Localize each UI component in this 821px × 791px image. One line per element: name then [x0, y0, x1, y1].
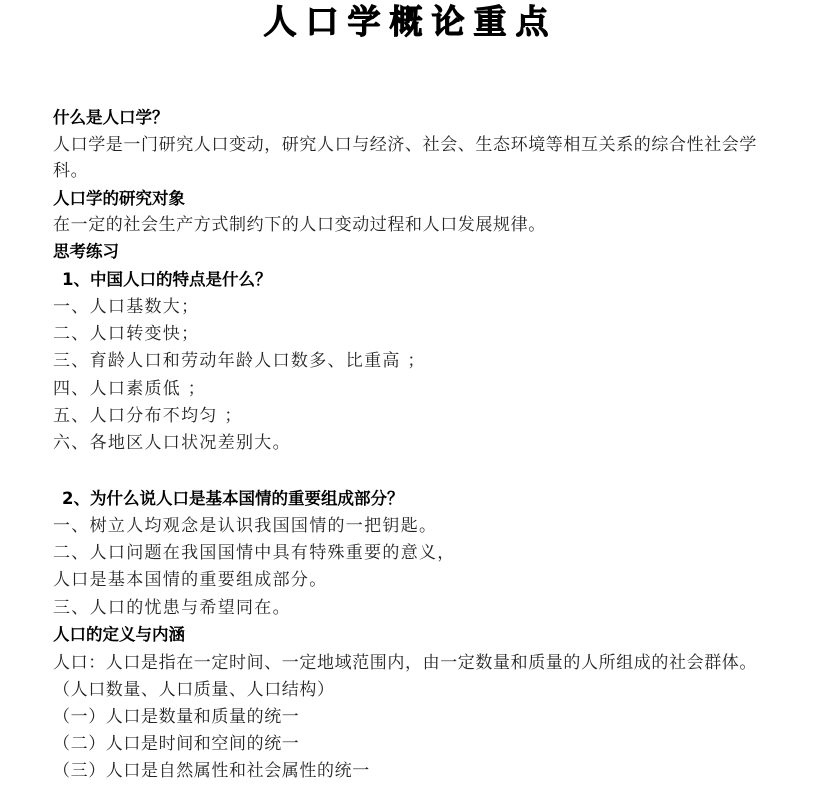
population-unity-2: （二）人口是时间和空间的统一	[53, 732, 299, 756]
question-1-answer-1: 一、人口基数大；	[53, 295, 199, 319]
question-2-answer-4: 三、人口的忧患与希望同在。	[53, 596, 291, 620]
question-2: 2、为什么说人口是基本国情的重要组成部分？	[62, 487, 403, 511]
section-heading-exercises: 思考练习	[53, 240, 119, 264]
question-1-answer-3: 三、育龄人口和劳动年龄人口数多、比重高 ；	[53, 349, 426, 373]
question-1-answer-4: 四、人口素质低 ；	[53, 377, 206, 401]
document-title: 人口学概论重点	[0, 2, 821, 42]
population-components: （人口数量、人口质量、人口结构）	[53, 678, 335, 702]
population-unity-3: （三）人口是自然属性和社会属性的统一	[53, 759, 370, 783]
definition-text-line-2: 科。	[53, 159, 88, 183]
population-unity-1: （一）人口是数量和质量的统一	[53, 705, 299, 729]
question-1-answer-2: 二、人口转变快；	[53, 322, 199, 346]
question-2-answer-2: 二、人口问题在我国国情中具有特殊重要的意义，	[53, 541, 456, 565]
question-1: 1、中国人口的特点是什么？	[62, 268, 271, 292]
section-heading-what-is-demography: 什么是人口学？	[53, 106, 169, 130]
question-1-answer-5: 五、人口分布不均匀 ；	[53, 404, 243, 428]
question-2-answer-1: 一、树立人均观念是认识我国国情的一把钥匙。	[53, 514, 437, 538]
definition-text-line-1: 人口学是一门研究人口变动，研究人口与经济、社会、生态环境等相互关系的综合性社会学	[53, 133, 757, 157]
section-heading-research-object: 人口学的研究对象	[53, 187, 185, 211]
document-page: 人口学概论重点 什么是人口学？ 人口学是一门研究人口变动，研究人口与经济、社会、…	[0, 0, 821, 791]
section-heading-population-definition: 人口的定义与内涵	[53, 623, 185, 647]
question-2-answer-3: 人口是基本国情的重要组成部分。	[53, 568, 328, 592]
population-definition-text: 人口：人口是指在一定时间、一定地域范围内，由一定数量和质量的人所组成的社会群体。	[53, 651, 757, 675]
question-1-answer-6: 六、各地区人口状况差别大。	[53, 431, 291, 455]
research-object-text: 在一定的社会生产方式制约下的人口变动过程和人口发展规律。	[53, 213, 546, 237]
